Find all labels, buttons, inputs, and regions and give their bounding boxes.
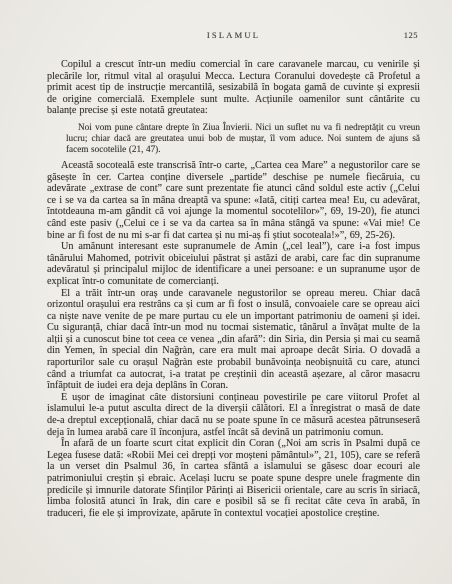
block-quote-coran-21-47: Noi vom pune cântare drepte în Ziua Învi…: [66, 122, 420, 155]
paragraph-supranume-amin: Un amănunt interesant este supranumele d…: [47, 241, 420, 287]
running-header-title: ISLAMUL: [47, 30, 420, 40]
page-number: 125: [404, 30, 418, 40]
paragraph-distorsiuni-povestiri: E ușor de imaginat câte distorsiuni conț…: [47, 392, 420, 438]
paragraph-caravane-nagran: El a trăit într-un oraș unde caravanele …: [47, 288, 420, 392]
paragraph-cartea-cea-mare: Această socoteală este transcrisă într-o…: [47, 160, 420, 241]
running-header: ISLAMUL 125: [47, 30, 420, 43]
paragraph-citat-psalmi: În afară de un foarte scurt citat explic…: [47, 438, 420, 519]
scanned-book-page: ISLAMUL 125 Copilul a crescut într-un me…: [0, 0, 452, 584]
paragraph-intro-commerce: Copilul a crescut într-un mediu comercia…: [47, 59, 420, 117]
